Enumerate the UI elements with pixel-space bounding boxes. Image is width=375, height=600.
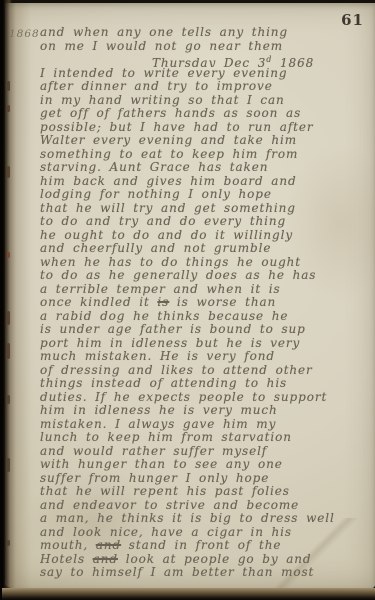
binding-stitch-mark — [7, 105, 10, 112]
manuscript-line: and would rather suffer myself — [40, 445, 375, 459]
binding-stitch-mark — [7, 540, 10, 546]
manuscript-line: and endeavor to strive and become — [40, 499, 375, 513]
manuscript-line: suffer from hunger I only hope — [40, 472, 375, 486]
line-text: and when any one tells any thing — [40, 26, 288, 39]
manuscript-line: after dinner and try to improve — [40, 80, 375, 94]
manuscript-line: on me I would not go near them — [40, 40, 375, 54]
line-text: lodging for nothing I only hope — [40, 188, 272, 201]
manuscript-line: to do as he generally does as he has — [40, 269, 375, 283]
manuscript-line: a terrible temper and when it is — [40, 283, 375, 297]
manuscript-line: a rabid dog he thinks because he — [40, 310, 375, 324]
struck-word: and — [96, 539, 121, 552]
manuscript-line: much mistaken. He is very fond — [40, 350, 375, 364]
line-text: lunch to keep him from starvation — [40, 431, 292, 444]
manuscript-line: with hunger than to see any one — [40, 458, 375, 472]
line-text: things instead of attending to his — [40, 377, 287, 390]
line-text: on me I would not go near them — [40, 40, 283, 53]
manuscript-line: things instead of attending to his — [40, 377, 375, 391]
line-text: and cheerfully and not grumble — [40, 242, 271, 255]
manuscript-line: I intended to write every evening — [40, 67, 375, 81]
line-text: to do and try and do every thing — [40, 215, 286, 228]
binding-stitch-mark — [7, 458, 10, 472]
line-text: Walter every evening and take him — [40, 134, 297, 147]
line-text: in my hand writing so that I can — [40, 94, 285, 107]
line-text: that he will repent his past folies — [40, 485, 290, 498]
line-text: mistaken. I always gave him my — [40, 418, 276, 431]
line-text: something to eat to keep him from — [40, 148, 298, 161]
line-text: a terrible temper and when it is — [40, 283, 281, 296]
manuscript-line: lunch to keep him from starvation — [40, 431, 375, 445]
line-text: him back and gives him board and — [40, 175, 297, 188]
manuscript-line: mistaken. I always gave him my — [40, 418, 375, 432]
line-text: that he will try and get something — [40, 202, 296, 215]
manuscript-line: that he will repent his past folies — [40, 485, 375, 499]
line-text: 1868 — [272, 56, 314, 67]
manuscript-line: of dressing and likes to attend other — [40, 364, 375, 378]
manuscript-line: that he will try and get something — [40, 202, 375, 216]
binding-stitch-mark — [7, 166, 10, 178]
binding-stitch-mark — [7, 252, 10, 258]
line-text: duties. If he expects people to support — [40, 391, 327, 404]
manuscript-line: and cheerfully and not grumble — [40, 242, 375, 256]
binding-stitch-mark — [7, 311, 10, 325]
line-text: suffer from hunger I only hope — [40, 472, 269, 485]
line-text: look at people go by and — [118, 553, 311, 566]
line-text: to do as he generally does as he has — [40, 269, 316, 282]
manuscript-line: to do and try and do every thing — [40, 215, 375, 229]
line-text: much mistaken. He is very fond — [40, 350, 275, 363]
line-text: and would rather suffer myself — [40, 445, 267, 458]
manuscript-line: say to himself I am better than most — [40, 566, 375, 580]
binding-stitch-mark — [7, 81, 10, 91]
manuscript-line: duties. If he expects people to support — [40, 391, 375, 405]
line-text: and endeavor to strive and become — [40, 499, 299, 512]
line-text: after dinner and try to improve — [40, 80, 273, 93]
struck-word: is — [157, 296, 169, 309]
manuscript-line: and when any one tells any thing — [40, 26, 375, 40]
book-page-edges-bottom — [2, 588, 375, 600]
manuscript-line: him back and gives him board and — [40, 175, 375, 189]
manuscript-line: he ought to do and do it willingly — [40, 229, 375, 243]
line-text: Thursday Dec 3 — [152, 56, 266, 67]
line-text: mouth, — [40, 539, 96, 552]
line-text: is under age father is bound to sup — [40, 323, 306, 336]
diary-book-scan: 61 1868 and when any one tells any thing… — [0, 0, 375, 600]
margin-year-annotation: 1868 — [9, 28, 40, 40]
manuscript-line: mouth, and stand in front of the — [40, 539, 375, 553]
line-text: and look nice, have a cigar in his — [40, 526, 292, 539]
manuscript-line: get off of fathers hands as soon as — [40, 107, 375, 121]
line-text: possible; but I have had to run after — [40, 121, 314, 134]
line-text: starving. Aunt Grace has taken — [40, 161, 268, 174]
struck-word: and — [93, 553, 118, 566]
binding-stitch-mark — [7, 395, 10, 404]
manuscript-line: possible; but I have had to run after — [40, 121, 375, 135]
line-text: I intended to write every evening — [40, 67, 287, 80]
manuscript-line: is under age father is bound to sup — [40, 323, 375, 337]
line-text: port him in idleness but he is very — [40, 337, 300, 350]
line-text: get off of fathers hands as soon as — [40, 107, 301, 120]
manuscript-line: when he has to do things he ought — [40, 256, 375, 270]
manuscript-line: in my hand writing so that I can — [40, 94, 375, 108]
manuscript-line: Hotels and look at people go by and — [40, 553, 375, 567]
manuscript-line: something to eat to keep him from — [40, 148, 375, 162]
line-text: a man, he thinks it is big to dress well — [40, 512, 335, 525]
line-text: when he has to do things he ought — [40, 256, 301, 269]
manuscript-line: lodging for nothing I only hope — [40, 188, 375, 202]
diary-page: 61 1868 and when any one tells any thing… — [5, 3, 375, 588]
manuscript-line: a man, he thinks it is big to dress well — [40, 512, 375, 526]
manuscript-line: him in idleness he is very much — [40, 404, 375, 418]
manuscript-line: once kindled it is is worse than — [40, 296, 375, 310]
line-text: of dressing and likes to attend other — [40, 364, 313, 377]
line-text: him in idleness he is very much — [40, 404, 278, 417]
manuscript-line: and look nice, have a cigar in his — [40, 526, 375, 540]
line-text: Hotels — [40, 553, 93, 566]
binding-stitch-mark — [7, 343, 10, 359]
manuscript-line: port him in idleness but he is very — [40, 337, 375, 351]
line-text: is worse than — [169, 296, 276, 309]
line-text: stand in front of the — [121, 539, 281, 552]
manuscript-line: Walter every evening and take him — [40, 134, 375, 148]
line-text: say to himself I am better than most — [40, 566, 314, 579]
line-text: with hunger than to see any one — [40, 458, 283, 471]
line-text: he ought to do and do it willingly — [40, 229, 293, 242]
line-text: a rabid dog he thinks because he — [40, 310, 288, 323]
manuscript: and when any one tells any thingon me I … — [40, 26, 375, 580]
entry-date-heading: Thursday Dec 3d 1868 — [152, 53, 375, 67]
manuscript-line: starving. Aunt Grace has taken — [40, 161, 375, 175]
line-text: once kindled it — [40, 296, 157, 309]
